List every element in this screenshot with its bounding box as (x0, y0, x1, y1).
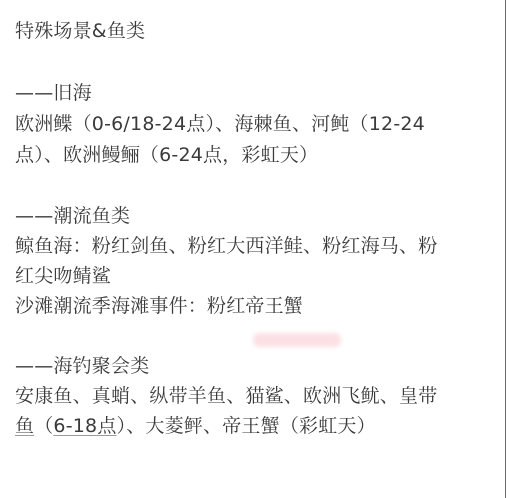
paren-open: （ (34, 415, 53, 437)
fishing-party-line-2: 鱼（6-18点）、大菱鲆、帝王蟹（彩虹天） (15, 415, 376, 437)
tide-fish-line-1: 鲸鱼海：粉红剑鱼、粉红大西洋鲑、粉红海马、粉 (15, 235, 437, 257)
page-right-border (505, 0, 506, 498)
fish-word-link[interactable]: 鱼 (15, 415, 34, 437)
fishing-party-line-2-rest: ）、大菱鲆、帝王蟹（彩虹天） (117, 415, 376, 437)
fishing-party-line-1: 安康鱼、真蛸、纵带羊鱼、猫鲨、欧洲飞鱿、皇带 (15, 385, 437, 407)
section-heading-tide-fish: ——潮流鱼类 (15, 205, 130, 227)
time-range-link[interactable]: 6-18点 (53, 415, 116, 437)
section-heading-old-sea: ——旧海 (15, 82, 92, 104)
document-title: 特殊场景&鱼类 (15, 20, 145, 42)
tide-fish-line-2: 红尖吻鲭鲨 (15, 265, 111, 287)
section-heading-fishing-party: ——海钓聚会类 (15, 355, 149, 377)
old-sea-line-1: 欧洲鲽（0-6/18-24点）、海棘鱼、河鲀（12-24 (15, 113, 425, 135)
watermark (253, 333, 341, 347)
tide-fish-line-3: 沙滩潮流季海滩事件：粉红帝王蟹 (15, 295, 303, 317)
old-sea-line-2: 点）、欧洲鳗鲡（6-24点，彩虹天） (15, 144, 318, 166)
